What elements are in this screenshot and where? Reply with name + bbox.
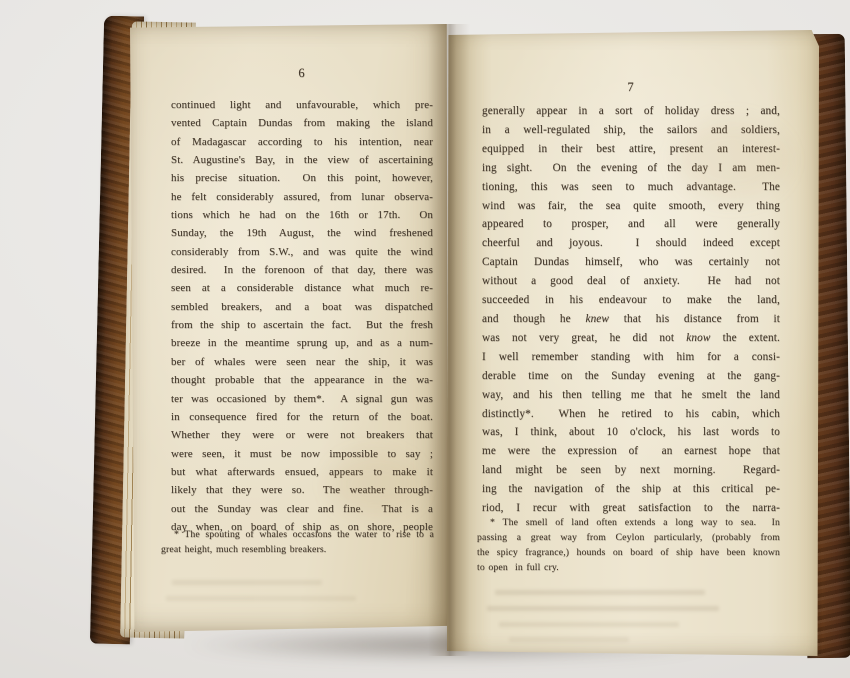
text-line: likely that they were so. The weather th…: [171, 481, 433, 499]
text-line: Captain Dundas himself, who was certainl…: [482, 253, 780, 272]
right-page-text: generally appear in a sort of holiday dr…: [482, 102, 780, 518]
right-page: 7 generally appear in a sort of holiday …: [447, 30, 819, 656]
text-line: distinctly*. When he retired to his cabi…: [482, 405, 780, 424]
text-line: passing a great way from Ceylon particul…: [477, 531, 780, 546]
text-line: were seen, it must be now impossible to …: [171, 445, 433, 463]
show-through-ghost: [509, 637, 629, 642]
text-line: his precise situation. On this point, ho…: [171, 169, 433, 187]
text-line: I well remember standing with him for a …: [482, 348, 780, 367]
open-book: 6 continued light and unfavourable, whic…: [0, 0, 850, 678]
text-line: considerably from S.W., and was quite th…: [171, 243, 433, 261]
text-line: wind was fair, the sea quite smooth, eve…: [482, 197, 780, 216]
show-through-ghost: [487, 606, 719, 611]
text-line: appeared to prosper, and all were genera…: [482, 215, 780, 234]
text-line: way, and his then telling me that he sme…: [482, 386, 780, 405]
text-line: generally appear in a sort of holiday dr…: [482, 102, 780, 121]
text-line: desired. In the forenoon of that day, th…: [171, 261, 433, 279]
text-line: was, I think, about 10 o'clock, his last…: [482, 423, 780, 442]
text-line: of Madagascar according to his intention…: [171, 133, 433, 151]
text-line: from the ship to ascertain the fact. But…: [171, 316, 433, 334]
text-line: St. Augustine's Bay, in the view of asce…: [171, 151, 433, 169]
text-line: ing the navigation of the ship at this c…: [482, 480, 780, 499]
text-line: was not very great, he did not know the …: [482, 329, 780, 348]
page-number-left: 6: [171, 66, 433, 81]
page-number-right: 7: [482, 80, 780, 95]
show-through-ghost: [495, 590, 705, 595]
text-line: to open in full cry.: [477, 561, 780, 576]
left-page: 6 continued light and unfavourable, whic…: [130, 24, 448, 632]
text-line: tioning, this was seen to much advantage…: [482, 178, 780, 197]
text-line: ber of whales were seen near the ship, i…: [171, 353, 433, 371]
text-line: seen at a considerable distance what muc…: [171, 279, 433, 297]
text-line: derable time on the Sunday evening at th…: [482, 367, 780, 386]
show-through-ghost: [172, 580, 322, 585]
text-line: ter was occasioned by them*. A signal gu…: [171, 390, 433, 408]
left-page-text: continued light and unfavourable, which …: [171, 96, 433, 536]
right-page-footnote: * The smell of land often extends a long…: [477, 516, 780, 576]
photo-background: 6 continued light and unfavourable, whic…: [0, 0, 850, 678]
text-line: thought probable that the appearance in …: [171, 371, 433, 389]
text-line: tions which he had on the 16th or 17th. …: [171, 206, 433, 224]
text-line: land might be seen by next morning. Rega…: [482, 461, 780, 480]
text-line: in a well-regulated ship, the sailors an…: [482, 121, 780, 140]
text-line: succeeded in his endeavour to make the l…: [482, 291, 780, 310]
text-line: Whether they were or were not breakers t…: [171, 426, 433, 444]
text-line: great height, much resembling breakers.: [161, 543, 434, 558]
text-line: vented Captain Dundas from making the is…: [171, 114, 433, 132]
show-through-ghost: [499, 622, 679, 627]
text-line: without a good deal of anxiety. He had n…: [482, 272, 780, 291]
text-line: me were the expression of an earnest hop…: [482, 442, 780, 461]
text-line: the spicy fragrance,) hounds on board of…: [477, 546, 780, 561]
text-line: Sunday, the 19th August, the wind freshe…: [171, 224, 433, 242]
text-line: equipped in their best attire, present a…: [482, 140, 780, 159]
text-line: he felt considerably assured, from lunar…: [171, 188, 433, 206]
text-line: cheerful and joyous. I should indeed exc…: [482, 234, 780, 253]
show-through-ghost: [166, 596, 356, 601]
text-line: and though he knew that his distance fro…: [482, 310, 780, 329]
text-line: * The smell of land often extends a long…: [477, 516, 780, 531]
text-line: out the Sunday was clear and fine. That …: [171, 500, 433, 518]
text-line: in consequence fired for the return of t…: [171, 408, 433, 426]
text-line: ing sight. On the evening of the day I a…: [482, 159, 780, 178]
left-page-footnote: * The spouting of whales occasions the w…: [161, 528, 434, 557]
text-line: sembled breakers, and a boat was dispatc…: [171, 298, 433, 316]
text-line: but what afterwards ensued, appears to m…: [171, 463, 433, 481]
text-line: continued light and unfavourable, which …: [171, 96, 433, 114]
text-line: * The spouting of whales occasions the w…: [161, 528, 434, 543]
text-line: breeze in the meantime sprung up, and as…: [171, 334, 433, 352]
